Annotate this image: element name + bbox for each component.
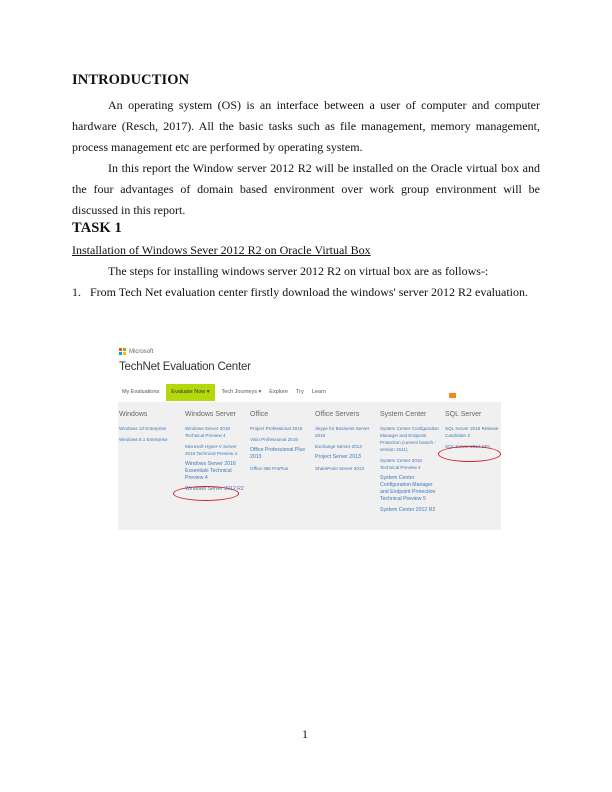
intro-paragraph-2-text: In this report the Window server 2012 R2…	[72, 161, 540, 217]
task-1-heading: TASK 1	[72, 220, 122, 237]
column-windows-server: Windows Server Windows Server 2016 Techn…	[185, 411, 245, 497]
column-system-center: System Center System Center Configuratio…	[380, 411, 440, 518]
microsoft-logo-icon	[119, 348, 126, 355]
task-1-subheading: Installation of Windows Sever 2012 R2 on…	[72, 243, 371, 258]
nav-evaluate-now[interactable]: Evaluate Now ▾	[166, 384, 214, 401]
technet-title: TechNet Evaluation Center	[119, 361, 251, 373]
product-menu-panel: Windows Windows 10 Enterprise Windows 8.…	[118, 402, 501, 530]
product-link[interactable]: SharePoint Server 2013	[315, 465, 375, 472]
product-link[interactable]: System Center 2012 R2	[380, 507, 440, 514]
document-page: INTRODUCTION An operating system (OS) is…	[0, 0, 612, 792]
product-link[interactable]: Project Professional 2016	[250, 425, 310, 432]
technet-nav: My Evaluations Evaluate Now ▾ Tech Journ…	[118, 384, 330, 401]
highlight-circle-windows-server	[173, 486, 239, 501]
product-link[interactable]: Exchange Server 2013	[315, 443, 375, 450]
column-title: Office Servers	[315, 411, 375, 418]
product-link[interactable]: Visio Professional 2016	[250, 436, 310, 443]
product-link[interactable]: System Center 2016 Technical Preview 4	[380, 457, 440, 471]
product-link[interactable]: Project Server 2013	[315, 454, 375, 461]
nav-tech-journeys[interactable]: Tech Journeys ▾	[218, 384, 266, 401]
product-link[interactable]: SQL Server 2016 Release Candidate 3	[445, 425, 499, 439]
step-1: 1. From Tech Net evaluation center first…	[72, 285, 528, 300]
highlight-circle-sql-server	[438, 446, 501, 462]
product-link[interactable]: System Center Configuration Manager and …	[380, 475, 440, 503]
column-title: Office	[250, 411, 310, 418]
product-link[interactable]: Microsoft Hyper-V Server 2016 Technical …	[185, 443, 245, 457]
product-link[interactable]: Office Professional Plus 2013	[250, 447, 310, 461]
product-link[interactable]: Office 365 ProPlus	[250, 465, 310, 472]
product-link[interactable]: Windows Server 2016 Technical Preview 4	[185, 425, 245, 439]
product-link[interactable]: Windows Server 2016 Essentials Technical…	[185, 461, 245, 482]
column-title: System Center	[380, 411, 440, 418]
page-number: 1	[302, 727, 308, 742]
column-windows: Windows Windows 10 Enterprise Windows 8.…	[119, 411, 179, 447]
product-link[interactable]: System Center Configuration Manager and …	[380, 425, 440, 453]
feedback-tab-icon	[449, 393, 456, 398]
nav-try[interactable]: Try	[292, 384, 308, 401]
nav-my-evaluations[interactable]: My Evaluations	[118, 384, 163, 401]
product-link[interactable]: Skype for Business Server 2015	[315, 425, 375, 439]
column-title: SQL Server	[445, 411, 499, 418]
step-1-number: 1.	[72, 285, 81, 299]
microsoft-brand-text: Microsoft	[129, 349, 153, 355]
steps-intro: The steps for installing windows server …	[108, 264, 488, 279]
column-office: Office Project Professional 2016 Visio P…	[250, 411, 310, 476]
column-title: Windows Server	[185, 411, 245, 418]
nav-explore[interactable]: Explore	[265, 384, 292, 401]
column-office-servers: Office Servers Skype for Business Server…	[315, 411, 375, 476]
column-title: Windows	[119, 411, 179, 418]
technet-screenshot: Microsoft TechNet Evaluation Center My E…	[118, 342, 501, 530]
step-1-text: From Tech Net evaluation center firstly …	[90, 285, 528, 299]
product-link[interactable]: Windows 10 Enterprise	[119, 425, 179, 432]
microsoft-logo: Microsoft	[119, 348, 153, 355]
intro-paragraph-2: In this report the Window server 2012 R2…	[72, 158, 540, 221]
nav-learn[interactable]: Learn	[308, 384, 330, 401]
intro-paragraph-1-text: An operating system (OS) is an interface…	[72, 98, 540, 154]
introduction-heading: INTRODUCTION	[72, 72, 189, 89]
product-link[interactable]: Windows 8.1 Enterprise	[119, 436, 179, 443]
intro-paragraph-1: An operating system (OS) is an interface…	[72, 95, 540, 158]
